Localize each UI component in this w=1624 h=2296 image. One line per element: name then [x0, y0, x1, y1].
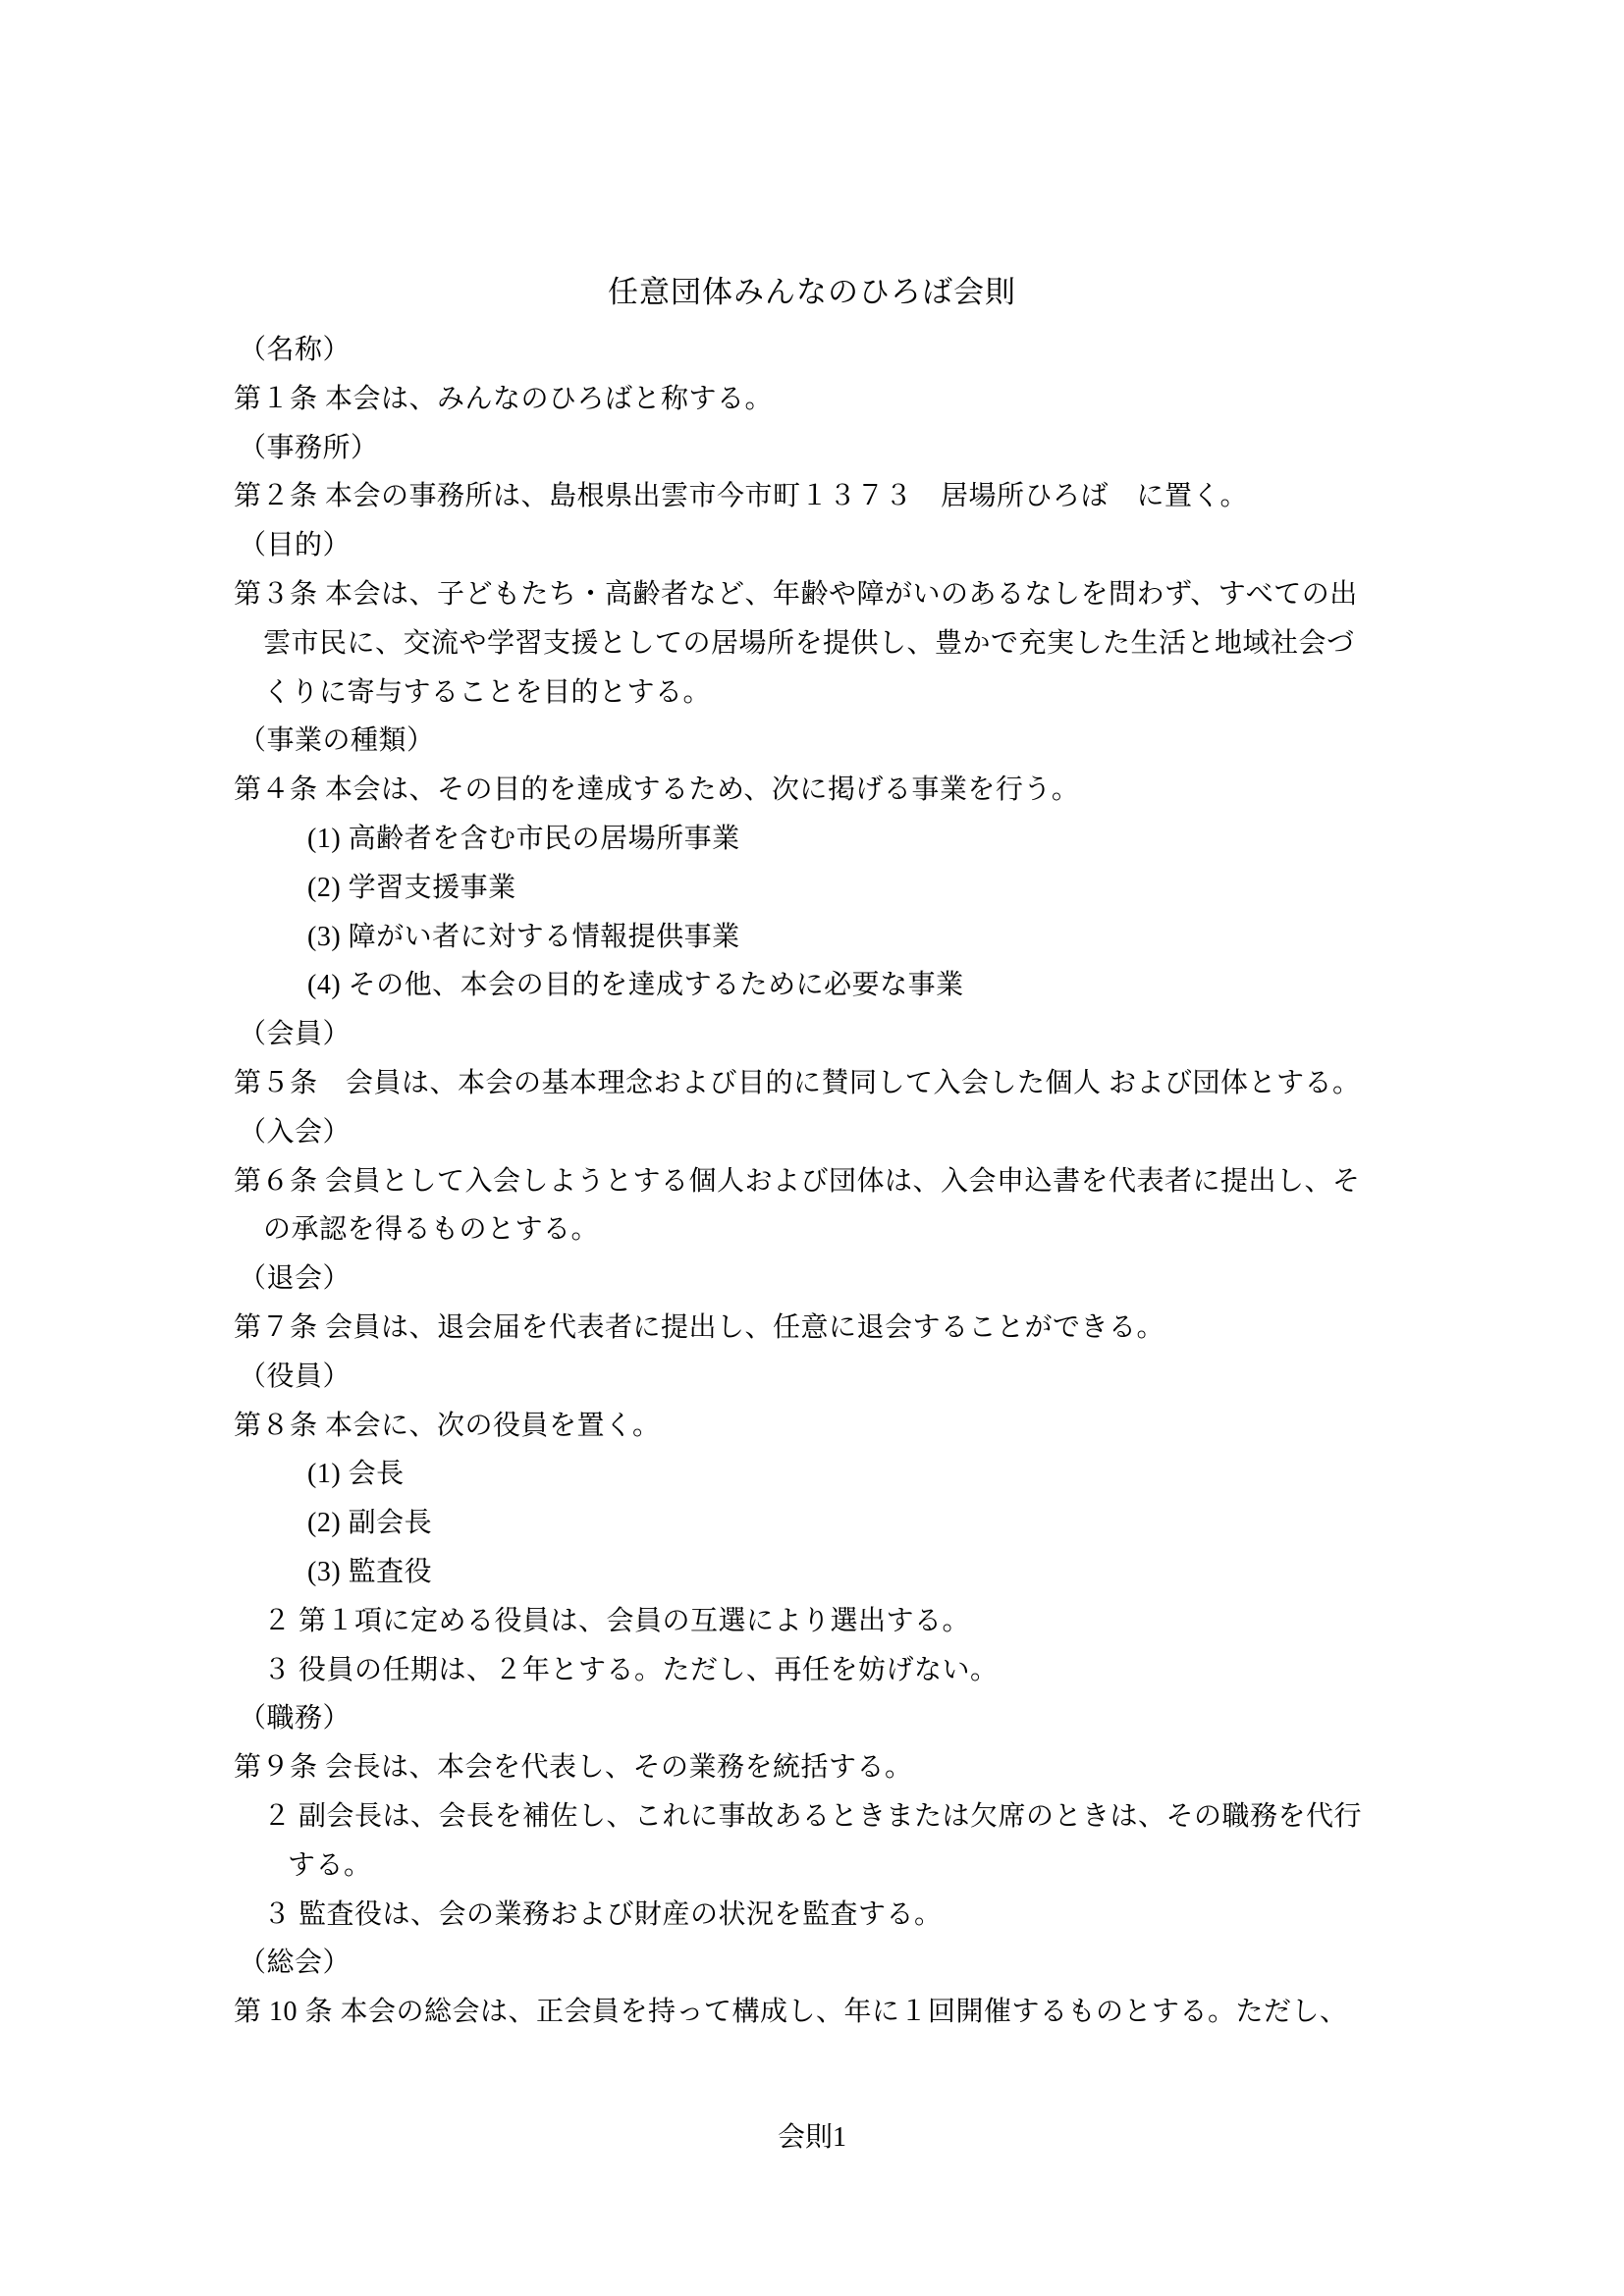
- text-line: （名称）: [234, 326, 1412, 375]
- text-line: (4) その他、本会の目的を達成するために必要な事業: [234, 961, 1412, 1010]
- text-line: 第６条 会員として入会しようとする個人および団体は、入会申込書を代表者に提出し、…: [234, 1157, 1412, 1206]
- text-line: 第８条 本会に、次の役員を置く。: [234, 1402, 1412, 1451]
- text-line: （目的）: [234, 521, 1412, 570]
- text-line: ２ 第１項に定める役員は、会員の互選により選出する。: [234, 1597, 1412, 1646]
- text-line: 第 10 条 本会の総会は、正会員を持って構成し、年に１回開催するものとする。た…: [234, 1988, 1412, 2037]
- text-line: 第１条 本会は、みんなのひろばと称する。: [234, 375, 1412, 424]
- text-line: くりに寄与することを目的とする。: [234, 668, 1412, 718]
- text-line: (3) 障がい者に対する情報提供事業: [234, 913, 1412, 962]
- text-line: の承認を得るものとする。: [234, 1205, 1412, 1255]
- text-line: （事業の種類）: [234, 717, 1412, 766]
- text-line: 第４条 本会は、その目的を達成するため、次に掲げる事業を行う。: [234, 766, 1412, 815]
- document-body: （名称）第１条 本会は、みんなのひろばと称する。（事務所）第２条 本会の事務所は…: [234, 326, 1412, 2037]
- text-line: 第５条 会員は、本会の基本理念および目的に賛同して入会した個人 および団体とする…: [234, 1059, 1412, 1108]
- text-line: (1) 会長: [234, 1450, 1412, 1499]
- page-number-footer: 会則1: [0, 2118, 1624, 2158]
- text-line: （会員）: [234, 1010, 1412, 1059]
- text-line: 雲市民に、交流や学習支援としての居場所を提供し、豊かで充実した生活と地域社会づ: [234, 619, 1412, 668]
- text-line: （役員）: [234, 1353, 1412, 1402]
- text-line: ３ 監査役は、会の業務および財産の状況を監査する。: [234, 1891, 1412, 1940]
- text-line: する。: [234, 1842, 1412, 1891]
- text-line: ３ 役員の任期は、２年とする。ただし、再任を妨げない。: [234, 1646, 1412, 1695]
- text-line: （職務）: [234, 1694, 1412, 1743]
- text-line: （総会）: [234, 1939, 1412, 1988]
- text-line: (2) 学習支援事業: [234, 864, 1412, 913]
- text-line: （退会）: [234, 1255, 1412, 1304]
- text-line: 第３条 本会は、子どもたち・高齢者など、年齢や障がいのあるなしを問わず、すべての…: [234, 570, 1412, 619]
- text-line: (3) 監査役: [234, 1548, 1412, 1597]
- text-line: （事務所）: [234, 424, 1412, 473]
- text-line: （入会）: [234, 1108, 1412, 1157]
- document-page: 任意団体みんなのひろば会則 （名称）第１条 本会は、みんなのひろばと称する。（事…: [0, 0, 1624, 2296]
- text-line: 第２条 本会の事務所は、島根県出雲市今市町１３７３ 居場所ひろば に置く。: [234, 472, 1412, 521]
- text-line: (2) 副会長: [234, 1499, 1412, 1548]
- text-line: 第９条 会長は、本会を代表し、その業務を統括する。: [234, 1743, 1412, 1792]
- text-line: ２ 副会長は、会長を補佐し、これに事故あるときまたは欠席のときは、その職務を代行: [234, 1792, 1412, 1842]
- text-line: (1) 高齢者を含む市民の居場所事業: [234, 815, 1412, 864]
- text-line: 第７条 会員は、退会届を代表者に提出し、任意に退会することができる。: [234, 1304, 1412, 1353]
- document-title: 任意団体みんなのひろば会則: [0, 273, 1624, 312]
